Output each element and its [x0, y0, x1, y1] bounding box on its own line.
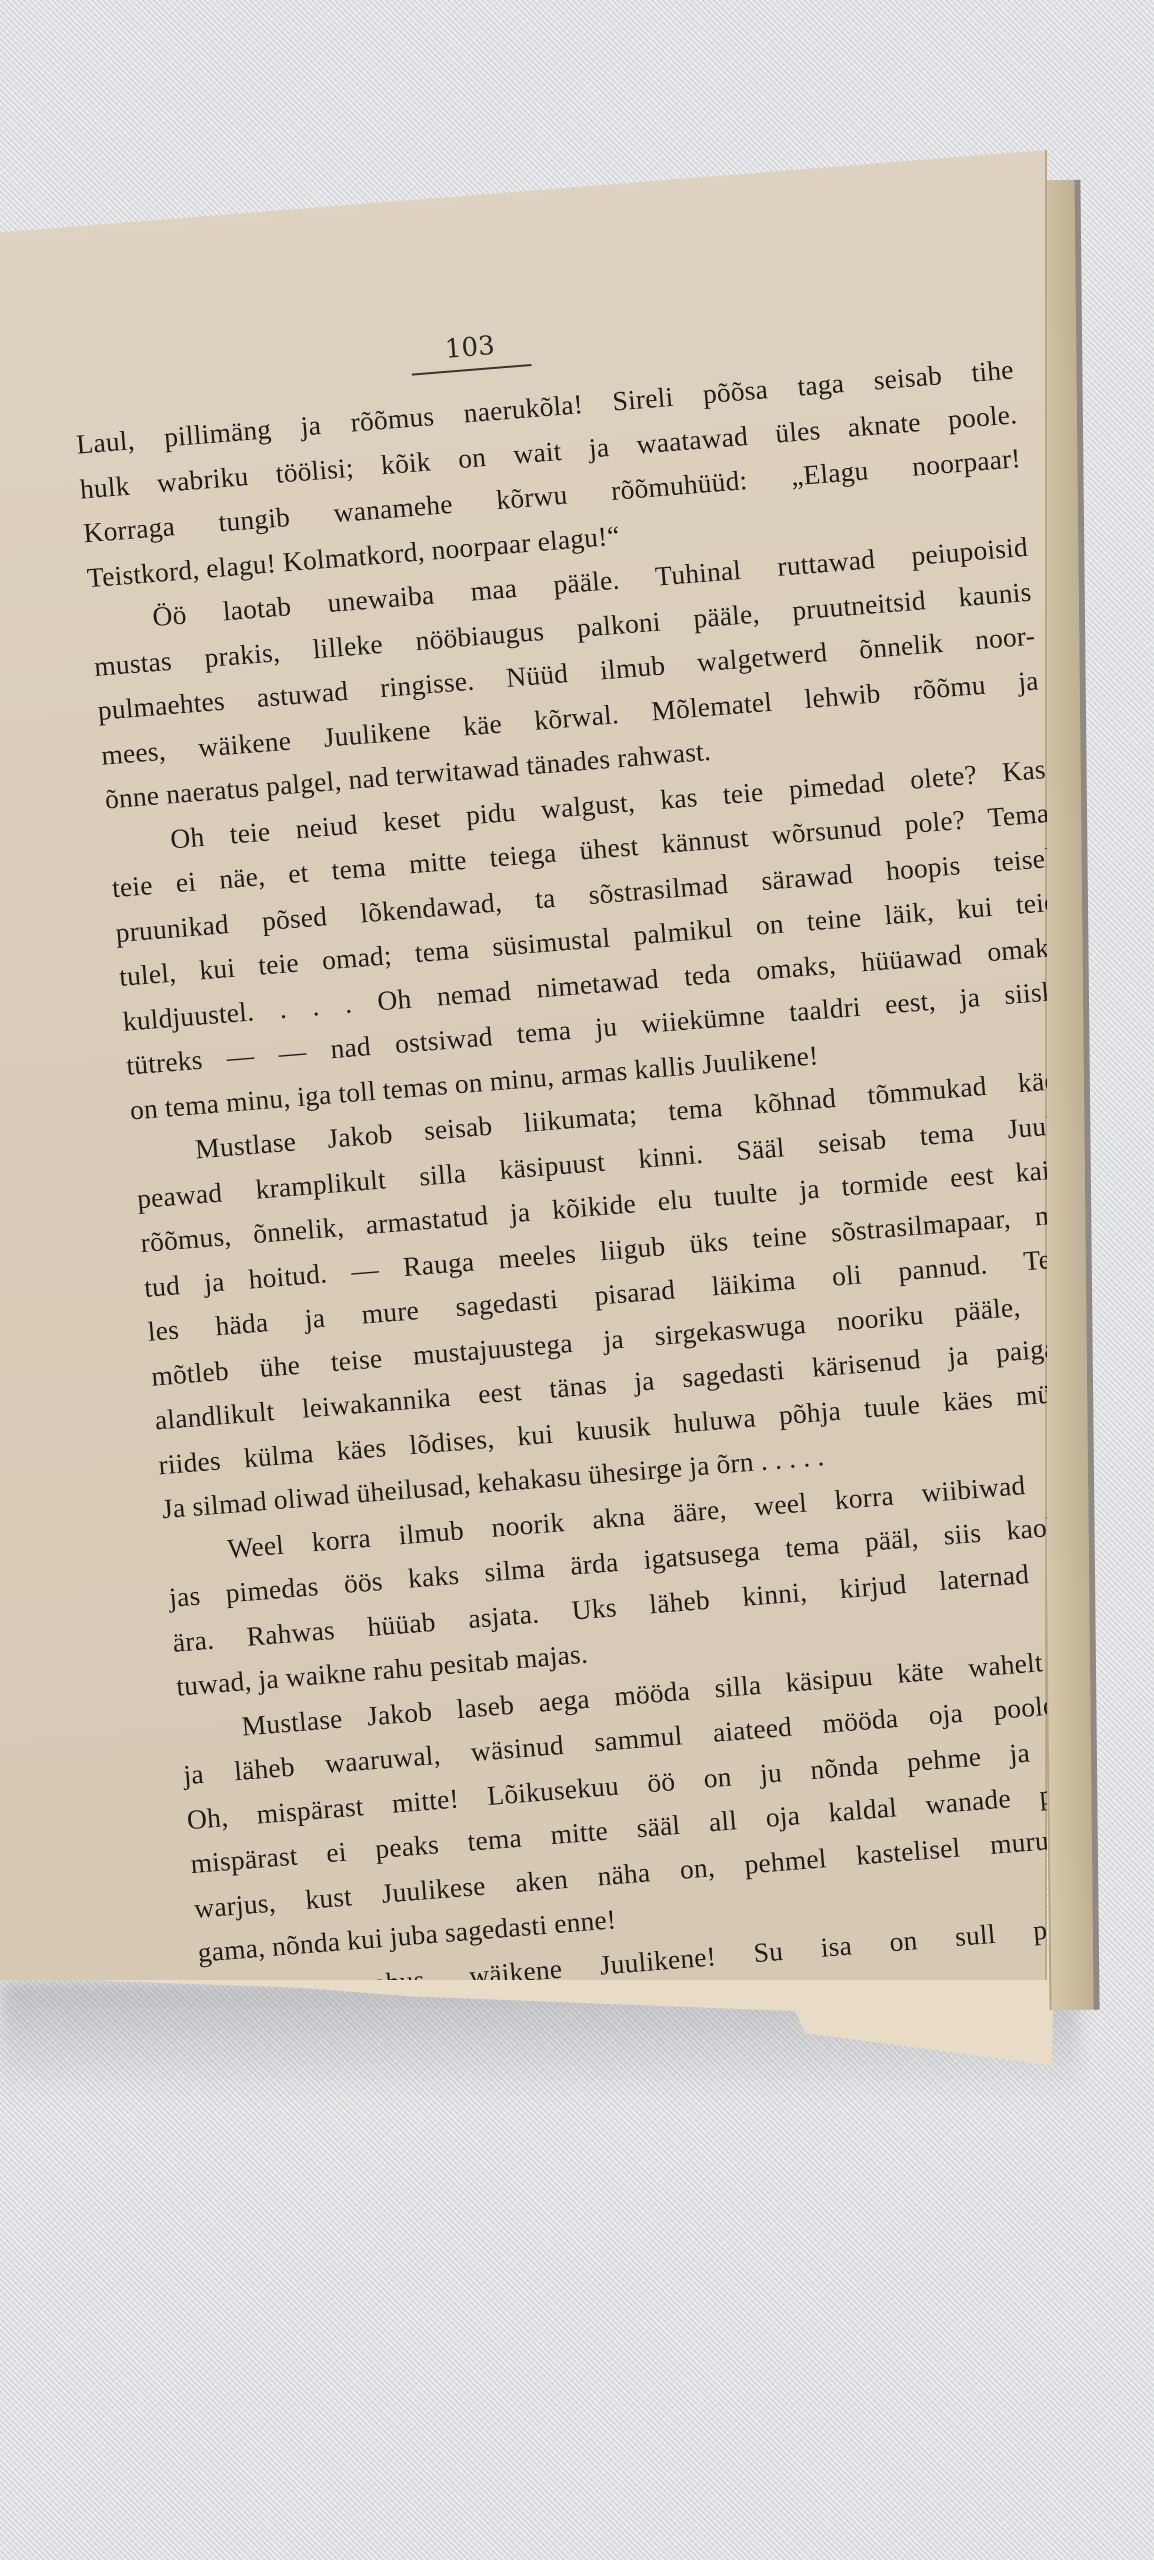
page-content: 103 Laul, pillimäng ja rõõmus naerukõla!…: [70, 290, 1151, 2153]
book-page: 103 Laul, pillimäng ja rõõmus naerukõla!…: [0, 150, 1047, 1980]
body-text: Laul, pillimäng ja rõõmus naerukõla! Sir…: [75, 347, 1151, 2152]
page-number: 103: [409, 328, 532, 376]
